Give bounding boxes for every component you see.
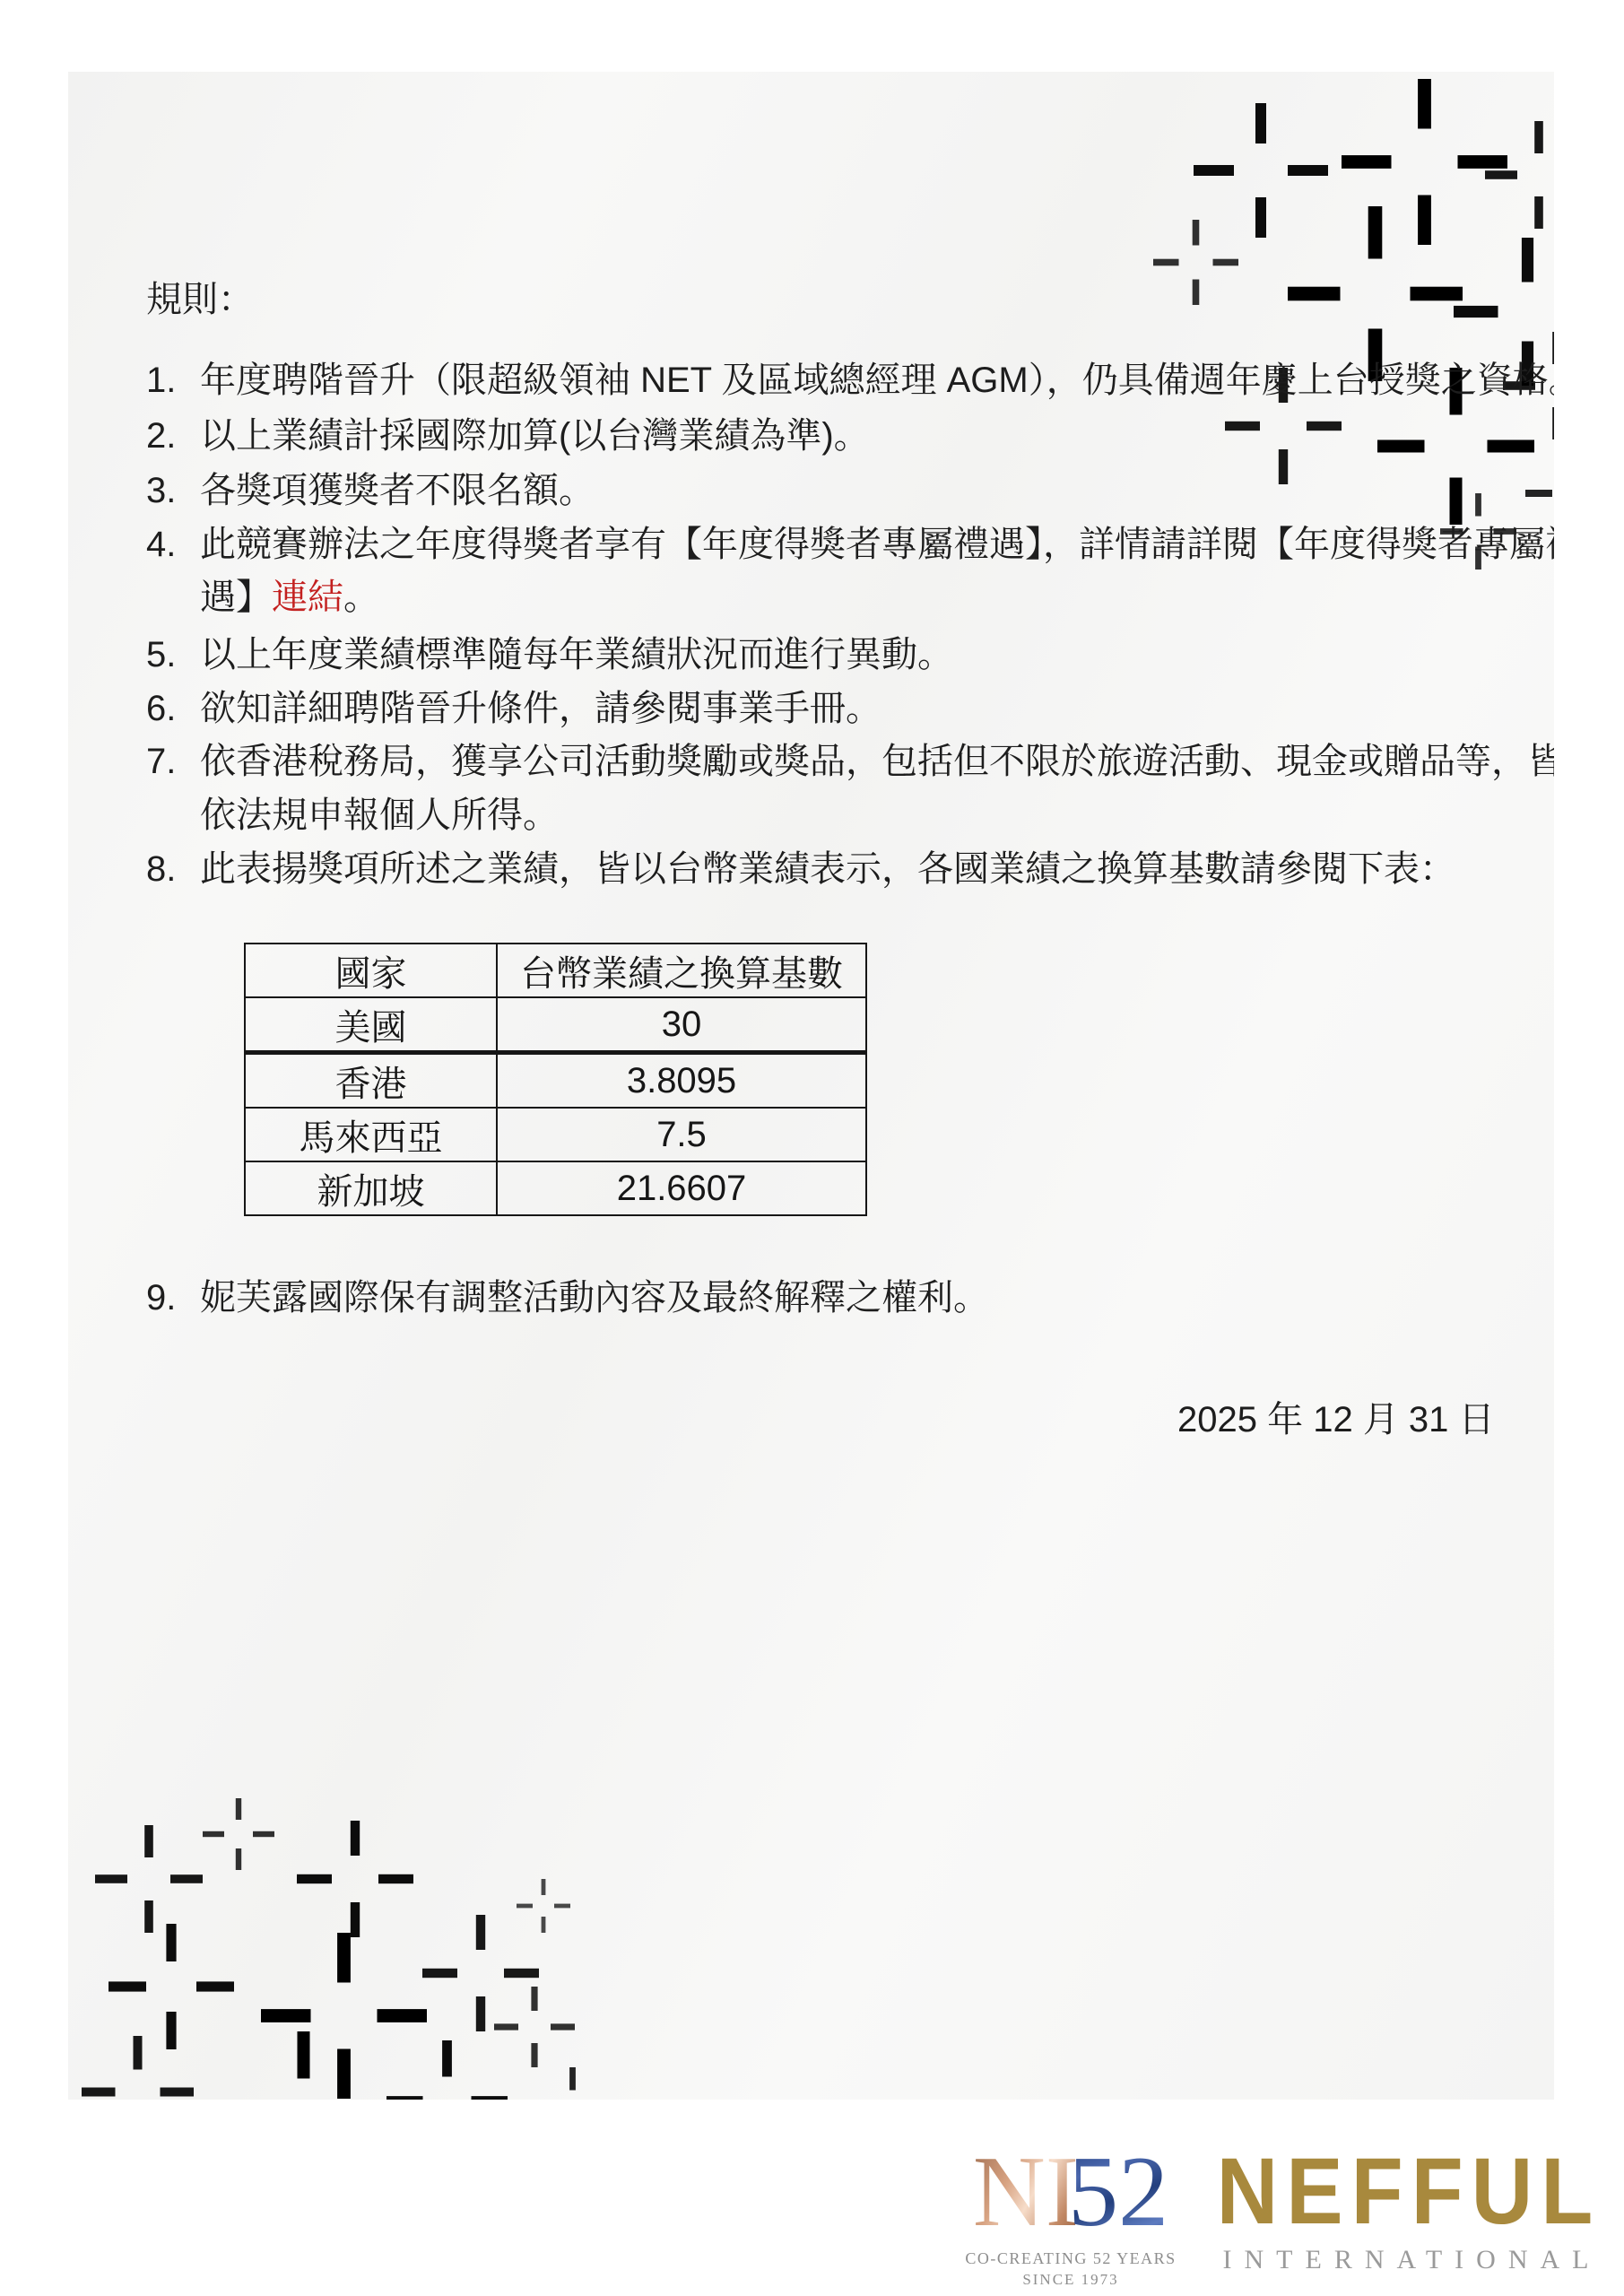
rule-text: 此表揚獎項所述之業績，皆以台幣業績表示，各國業績之換算基數請參閱下表：	[200, 849, 1455, 889]
rule-number: 7.	[146, 734, 200, 789]
conversion-rate-table: 國家台幣業績之換算基數美國30香港3.8095馬來西亞7.5新加坡21.6607	[244, 943, 867, 1216]
rule-text: 依法規申報個人所得。	[200, 796, 559, 835]
rule-item-1: 1.年度聘階晉升（限超級領袖 NET 及區域總經理 AGM），仍具備週年慶上台授…	[146, 352, 1554, 408]
ni52-logo-number: 52	[1068, 2136, 1168, 2248]
table-cell: 7.5	[497, 1108, 866, 1161]
ni52-logo: NI52 CO-CREATING 52 YEARS SINCE 1973	[958, 2142, 1184, 2289]
ni52-logo-mark: NI52	[958, 2142, 1184, 2242]
rule-number: 4.	[146, 517, 200, 572]
rule-item-8: 8.此表揚獎項所述之業績，皆以台幣業績表示，各國業績之換算基數請參閱下表：	[146, 841, 1455, 897]
sparkle-icon	[297, 1821, 413, 1937]
rule-number: 9.	[146, 1270, 200, 1326]
rule-text: 此競賽辦法之年度得獎者享有【年度得獎者專屬禮遇】，詳情請詳閱【年度得獎者專屬禮	[200, 525, 1554, 564]
table-row: 香港3.8095	[245, 1053, 866, 1109]
sparkle-icon	[386, 2040, 508, 2100]
rule-item-7-cont: 依法規申報個人所得。	[146, 787, 559, 843]
rule-text: 欲知詳細聘階晉升條件，請參閱事業手冊。	[200, 689, 881, 728]
table-row: 新加坡21.6607	[245, 1161, 866, 1215]
table-header-row: 國家台幣業績之換算基數	[245, 944, 866, 997]
sparkle-icon	[494, 1987, 575, 2067]
table-cell: 21.6607	[497, 1161, 866, 1215]
rule-item-3: 3.各獎項獲獎者不限名額。	[146, 463, 595, 518]
rule-text: 妮芙露國際保有調整活動內容及最終解釋之權利。	[200, 1278, 989, 1318]
rule-number: 2.	[146, 408, 200, 464]
rule-item-9: 9.妮芙露國際保有調整活動內容及最終解釋之權利。	[146, 1270, 989, 1326]
sparkle-icon	[517, 1879, 570, 1933]
nefful-wordmark: NEFFUL	[1202, 2145, 1616, 2239]
table-cell: 新加坡	[245, 1161, 497, 1215]
rule-number: 6.	[146, 681, 200, 736]
table-row: 馬來西亞7.5	[245, 1108, 866, 1161]
sparkle-icon	[1153, 220, 1238, 305]
sparkle-icon	[1485, 121, 1554, 229]
rule-text: 以上業績計採國際加算(以台灣業績為準)。	[200, 416, 870, 456]
sparkle-icon	[95, 1825, 203, 1933]
document-page: 規則： 1.年度聘階晉升（限超級領袖 NET 及區域總經理 AGM），仍具備週年…	[68, 72, 1554, 2100]
rule-number: 1.	[146, 352, 200, 408]
page-title: 規則：	[146, 272, 254, 327]
rule-text: 。	[343, 578, 379, 617]
rule-item-7: 7.依香港稅務局，獲享公司活動獎勵或獎品，包括但不限於旅遊活動、現金或贈品等，皆…	[146, 734, 1554, 789]
rule-number: 3.	[146, 463, 200, 518]
ni52-since: SINCE 1973	[958, 2271, 1184, 2289]
exclusive-benefits-link[interactable]: 連結	[272, 578, 343, 617]
table-cell: 30	[497, 997, 866, 1053]
document-date: 2025 年 12 月 31 日	[1177, 1392, 1495, 1448]
rule-text: 年度聘階晉升（限超級領袖 NET 及區域總經理 AGM），仍具備週年慶上台授獎之…	[200, 361, 1554, 400]
rule-text: 依香港稅務局，獲享公司活動獎勵或獎品，包括但不限於旅遊活動、現金或贈品等，皆需	[200, 742, 1554, 781]
rule-number: 5.	[146, 627, 200, 683]
table-cell: 香港	[245, 1053, 497, 1109]
rule-item-2: 2.以上業績計採國際加算(以台灣業績為準)。	[146, 408, 870, 464]
nefful-logo: NEFFUL INTERNATIONAL	[1202, 2145, 1616, 2275]
rule-item-6: 6.欲知詳細聘階晉升條件，請參閱事業手冊。	[146, 681, 881, 736]
sparkle-icon	[203, 1798, 274, 1870]
ni52-logo-ni: NI	[973, 2136, 1079, 2248]
rule-text: 以上年度業績標準隨每年業績狀況而進行異動。	[200, 635, 953, 674]
rule-item-5: 5.以上年度業績標準隨每年業績狀況而進行異動。	[146, 627, 953, 683]
table-row: 美國30	[245, 997, 866, 1053]
rule-item-4-cont: 遇】連結。	[146, 570, 379, 625]
sparkle-icon	[534, 2067, 611, 2100]
ni52-tagline: CO-CREATING 52 YEARS	[958, 2249, 1184, 2268]
sparkle-icon	[109, 1924, 234, 2049]
rule-item-4: 4.此競賽辦法之年度得獎者享有【年度得獎者專屬禮遇】，詳情請詳閱【年度得獎者專屬…	[146, 517, 1554, 572]
sparkle-icon	[82, 2036, 194, 2100]
table-cell: 3.8095	[497, 1053, 866, 1109]
table-header-cell: 國家	[245, 944, 497, 997]
rule-text: 遇】	[200, 578, 272, 617]
table-cell: 馬來西亞	[245, 1108, 497, 1161]
sparkle-icon	[225, 2031, 382, 2100]
table-header-cell: 台幣業績之換算基數	[497, 944, 866, 997]
rule-text: 各獎項獲獎者不限名額。	[200, 471, 595, 510]
table-cell: 美國	[245, 997, 497, 1053]
nefful-international-label: INTERNATIONAL	[1202, 2245, 1616, 2275]
rule-number: 8.	[146, 841, 200, 897]
